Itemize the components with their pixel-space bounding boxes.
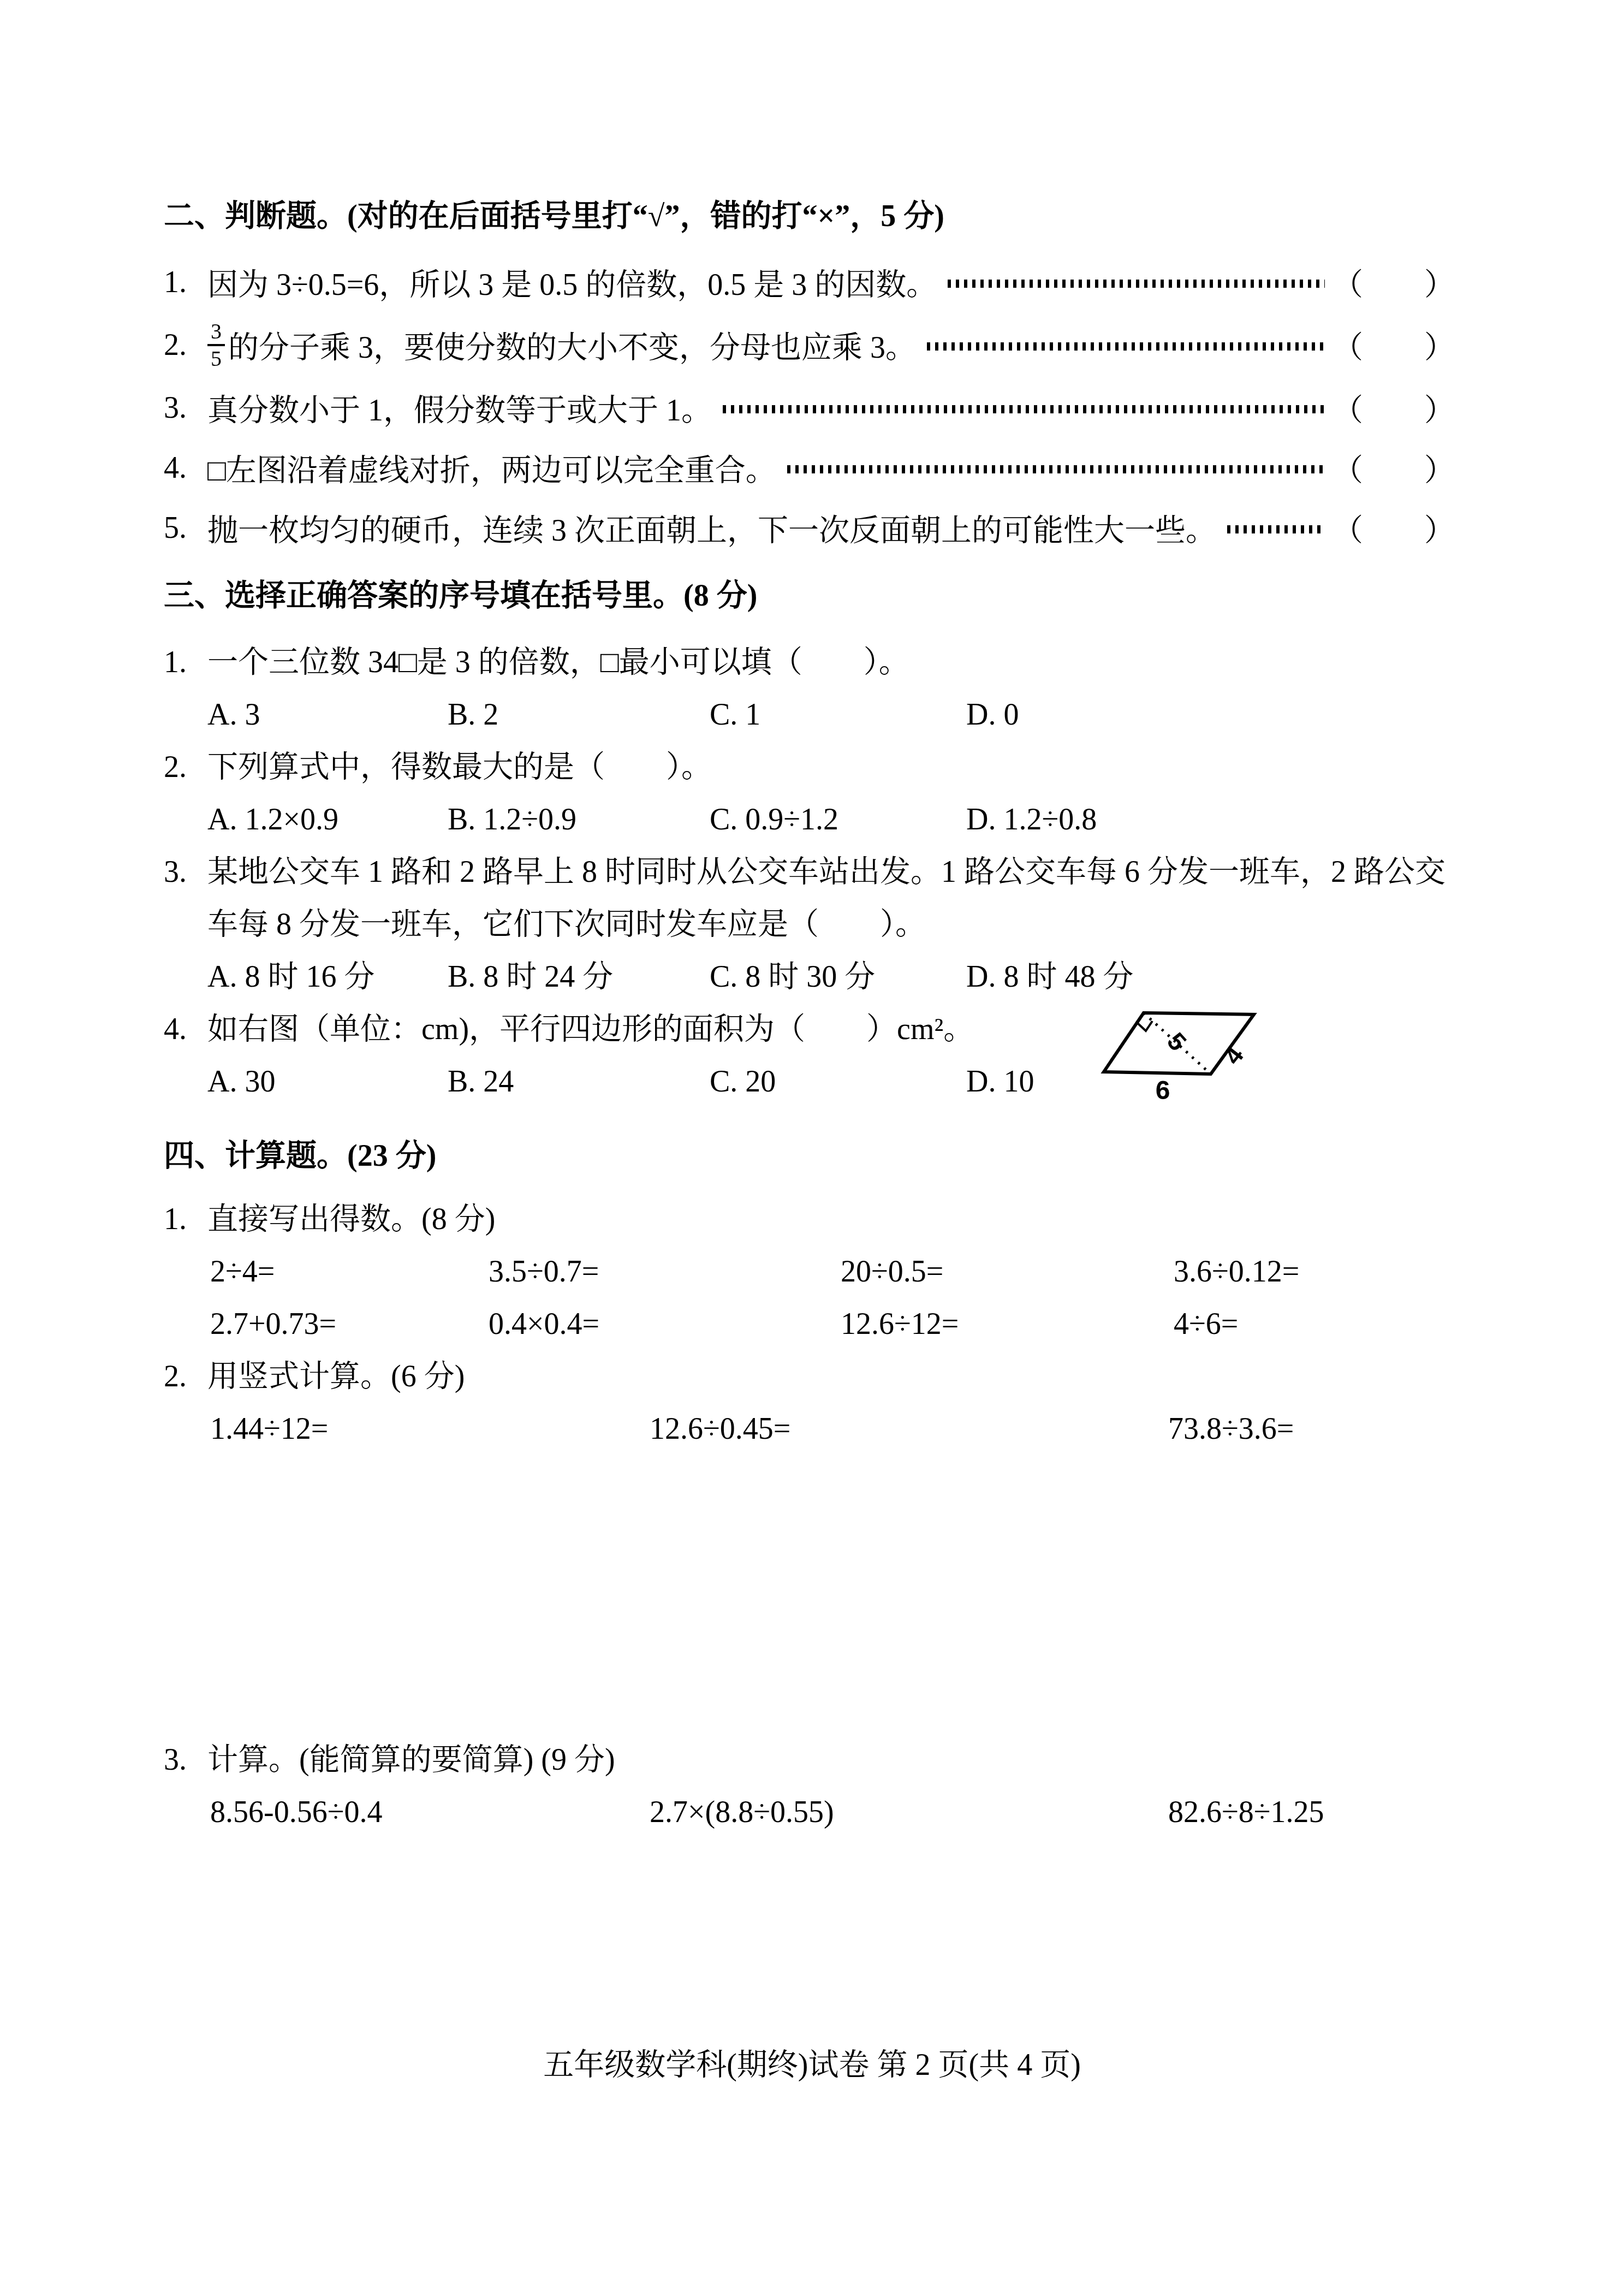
item-number: 5.: [164, 511, 207, 545]
expression: 2÷4=: [210, 1245, 489, 1298]
item-number: 2.: [164, 328, 207, 363]
item-number: 3.: [164, 390, 207, 425]
dotted-leader: [927, 342, 1325, 351]
expression: 2.7×(8.8÷0.55): [650, 1786, 1168, 1838]
parallelogram-figure: 5 4 6: [1098, 1006, 1284, 1121]
option-a: A. 1.2×0.9: [207, 793, 448, 846]
option-d: D. 8 时 48 分: [966, 951, 1455, 1003]
item-number: 4.: [164, 450, 207, 485]
section-calc-title: 四、计算题。(23 分): [164, 1130, 1455, 1182]
expression: 0.4×0.4=: [489, 1298, 841, 1350]
expression: 73.8÷3.6=: [1168, 1403, 1455, 1455]
expression: 2.7+0.73=: [210, 1298, 489, 1350]
judge-item-3: 3. 真分数小于 1，假分数等于或大于 1。 （ ）: [164, 382, 1455, 434]
item-number: 3.: [164, 1734, 207, 1786]
answer-parentheses: （ ）: [1332, 386, 1455, 430]
item-number: 1.: [164, 1193, 207, 1245]
item-text: 因为 3÷0.5=6，所以 3 是 0.5 的倍数，0.5 是 3 的因数。: [207, 260, 937, 304]
dotted-leader: [723, 405, 1325, 413]
item-number: 1.: [164, 636, 207, 689]
judge-item-4: 4. □左图沿着虚线对折，两边可以完全重合。 （ ）: [164, 442, 1455, 494]
figure-label-base: 6: [1156, 1076, 1170, 1105]
item-number: 2.: [164, 1350, 207, 1403]
judge-item-1: 1. 因为 3÷0.5=6，所以 3 是 0.5 的倍数，0.5 是 3 的因数…: [164, 256, 1455, 308]
answer-parentheses: （ ）: [1332, 506, 1455, 550]
judge-item-2: 2. 3 5 的分子乘 3，要使分数的大小不变，分母也应乘 3。 （ ）: [164, 308, 1455, 382]
section-judge-title: 二、判断题。(对的在后面括号里打“√”，错的打“×”，5 分): [164, 190, 1455, 242]
item-number: 4.: [164, 1003, 207, 1055]
item-text: 用竖式计算。(6 分): [207, 1350, 1455, 1403]
item-text: □左图沿着虚线对折，两边可以完全重合。: [207, 446, 776, 490]
choice-item-1-options: A. 3 B. 2 C. 1 D. 0: [164, 689, 1455, 741]
option-b: B. 8 时 24 分: [448, 951, 710, 1003]
expression: 4÷6=: [1174, 1298, 1455, 1350]
answer-parentheses: （ ）: [1332, 446, 1455, 490]
item-text: 某地公交车 1 路和 2 路早上 8 时同时从公交车站出发。1 路公交车每 6 …: [207, 846, 1455, 951]
expression: 1.44÷12=: [210, 1403, 650, 1455]
expression: 3.5÷0.7=: [489, 1245, 841, 1298]
right-angle-mark: [1137, 1021, 1152, 1031]
option-d: D. 0: [966, 689, 1455, 741]
page-footer: 五年级数学科(期终)试卷 第 2 页(共 4 页): [0, 2043, 1624, 2087]
choice-item-3: 3. 某地公交车 1 路和 2 路早上 8 时同时从公交车站出发。1 路公交车每…: [164, 846, 1455, 951]
option-c: C. 1: [710, 689, 966, 741]
dotted-leader: [948, 280, 1325, 288]
dotted-leader: [787, 465, 1325, 473]
fraction-numerator: 3: [207, 319, 225, 346]
answer-parentheses: （ ）: [1332, 260, 1455, 304]
expression: 82.6÷8÷1.25: [1168, 1786, 1455, 1838]
dotted-leader: [1227, 525, 1325, 533]
item-number: 2.: [164, 741, 207, 793]
expression: 12.6÷12=: [841, 1298, 1174, 1350]
expression: 3.6÷0.12=: [1174, 1245, 1455, 1298]
mental-math-row-2: 2.7+0.73= 0.4×0.4= 12.6÷12= 4÷6=: [164, 1298, 1455, 1350]
calc-sub1-title: 1. 直接写出得数。(8 分): [164, 1193, 1455, 1245]
judge-item-5: 5. 抛一枚均匀的硬币，连续 3 次正面朝上，下一次反面朝上的可能性大一些。 （…: [164, 502, 1455, 554]
expression: 12.6÷0.45=: [650, 1403, 1168, 1455]
expression: 8.56-0.56÷0.4: [210, 1786, 650, 1838]
calc-sub2-title: 2. 用竖式计算。(6 分): [164, 1350, 1455, 1403]
option-d: D. 1.2÷0.8: [966, 793, 1455, 846]
expression: 20÷0.5=: [841, 1245, 1174, 1298]
mental-math-row-1: 2÷4= 3.5÷0.7= 20÷0.5= 3.6÷0.12=: [164, 1245, 1455, 1298]
answer-parentheses: （ ）: [1332, 323, 1455, 367]
section-choice-title: 三、选择正确答案的序号填在括号里。(8 分): [164, 569, 1455, 622]
option-b: B. 2: [448, 689, 710, 741]
item-text: 真分数小于 1，假分数等于或大于 1。: [207, 386, 712, 430]
item-text: 的分子乘 3，要使分数的大小不变，分母也应乘 3。: [228, 323, 916, 367]
vertical-calc-row: 1.44÷12= 12.6÷0.45= 73.8÷3.6=: [164, 1403, 1455, 1455]
option-c: C. 0.9÷1.2: [710, 793, 966, 846]
item-number: 3.: [164, 846, 207, 951]
item-text: 计算。(能简算的要简算) (9 分): [207, 1734, 1455, 1786]
option-a: A. 8 时 16 分: [207, 951, 448, 1003]
item-text: 直接写出得数。(8 分): [207, 1193, 1455, 1245]
choice-item-1: 1. 一个三位数 34□是 3 的倍数，□最小可以填（ ）。: [164, 636, 1455, 689]
choice-item-2: 2. 下列算式中，得数最大的是（ ）。: [164, 741, 1455, 793]
item-text: 一个三位数 34□是 3 的倍数，□最小可以填（ ）。: [207, 636, 1455, 689]
option-b: B. 24: [448, 1055, 710, 1108]
fraction-three-fifths: 3 5: [207, 319, 225, 371]
option-c: C. 8 时 30 分: [710, 951, 966, 1003]
choice-item-2-options: A. 1.2×0.9 B. 1.2÷0.9 C. 0.9÷1.2 D. 1.2÷…: [164, 793, 1455, 846]
option-c: C. 20: [710, 1055, 966, 1108]
figure-label-side: 4: [1218, 1041, 1249, 1070]
calc-sub3-title: 3. 计算。(能简算的要简算) (9 分): [164, 1734, 1455, 1786]
fraction-denominator: 5: [211, 346, 222, 371]
option-a: A. 3: [207, 689, 448, 741]
item-number: 1.: [164, 265, 207, 300]
exam-page: 二、判断题。(对的在后面括号里打“√”，错的打“×”，5 分) 1. 因为 3÷…: [0, 0, 1624, 2296]
simplify-calc-row: 8.56-0.56÷0.4 2.7×(8.8÷0.55) 82.6÷8÷1.25: [164, 1786, 1455, 1838]
item-text: 抛一枚均匀的硬币，连续 3 次正面朝上，下一次反面朝上的可能性大一些。: [207, 506, 1216, 550]
option-b: B. 1.2÷0.9: [448, 793, 710, 846]
option-a: A. 30: [207, 1055, 448, 1108]
item-text: 下列算式中，得数最大的是（ ）。: [207, 741, 1455, 793]
choice-item-3-options: A. 8 时 16 分 B. 8 时 24 分 C. 8 时 30 分 D. 8…: [164, 951, 1455, 1003]
